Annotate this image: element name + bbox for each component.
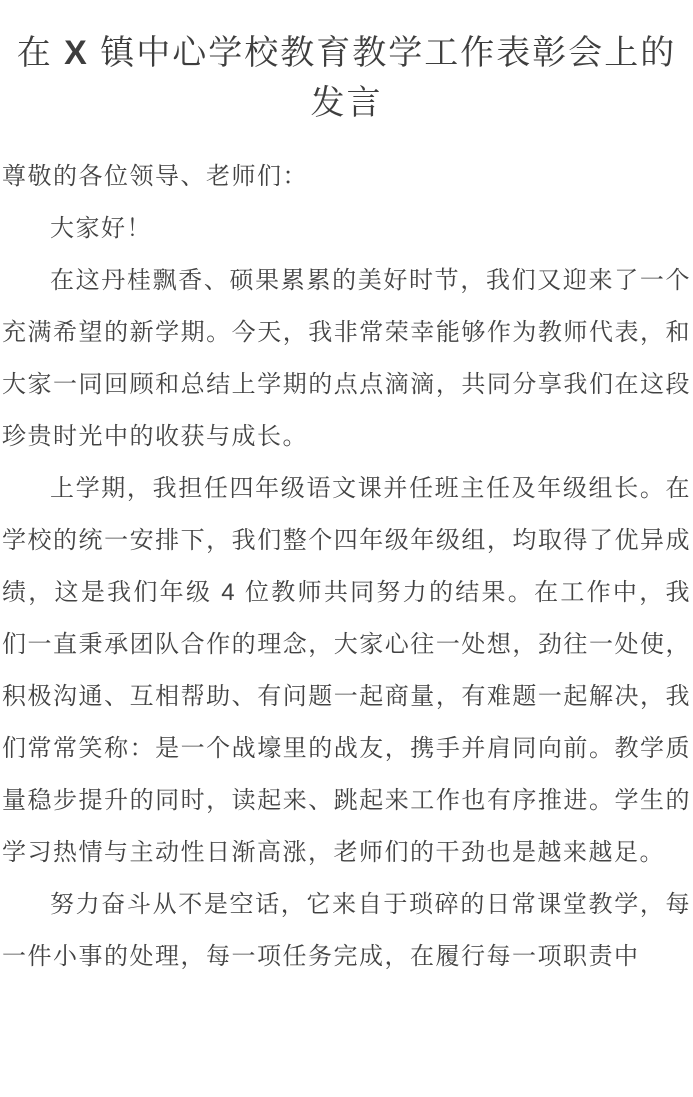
title-prefix: 在 xyxy=(17,34,64,72)
document-title: 在 X 镇中心学校教育教学工作表彰会上的发言 xyxy=(2,28,691,128)
document-body: 尊敬的各位领导、老师们：大家好！在这丹桂飘香、硕果累累的美好时节，我们又迎来了一… xyxy=(2,151,691,983)
paragraph-4: 上学期，我担任四年级语文课并任班主任及年级组长。在学校的统一安排下，我们整个四年… xyxy=(2,463,691,879)
document-page: 在 X 镇中心学校教育教学工作表彰会上的发言 尊敬的各位领导、老师们：大家好！在… xyxy=(0,0,693,1097)
paragraph-5: 努力奋斗从不是空话，它来自于琐碎的日常课堂教学，每一件小事的处理，每一项任务完成… xyxy=(2,879,691,983)
paragraph-1: 尊敬的各位领导、老师们： xyxy=(2,151,691,203)
title-suffix: 镇中心学校教育教学工作表彰会上的发言 xyxy=(89,34,676,122)
paragraph-2: 大家好！ xyxy=(2,203,691,255)
paragraph-3: 在这丹桂飘香、硕果累累的美好时节，我们又迎来了一个充满希望的新学期。今天，我非常… xyxy=(2,255,691,463)
title-bold-x: X xyxy=(64,34,89,72)
